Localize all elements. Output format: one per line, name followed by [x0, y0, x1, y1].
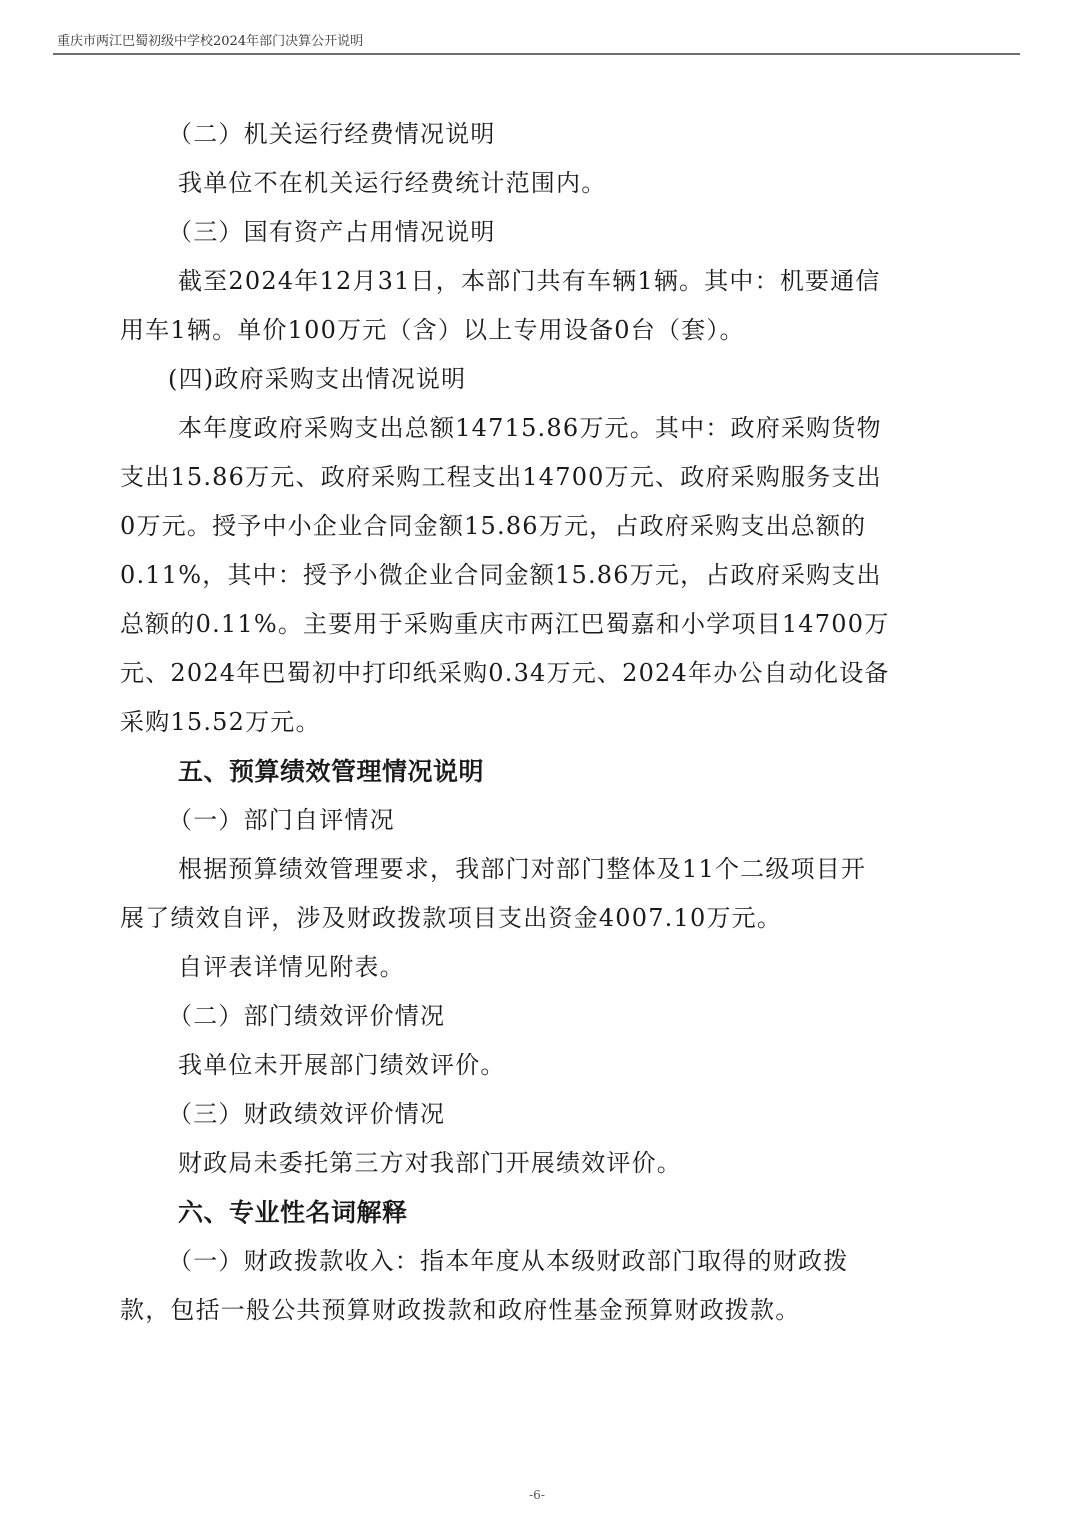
page-header-title: 重庆市两江巴蜀初级中学校2024年部门决算公开说明: [57, 30, 363, 49]
paragraph-line: 展了绩效自评，涉及财政拨款项目支出资金4007.10万元。: [120, 894, 960, 943]
section-heading-procurement: (四)政府采购支出情况说明: [120, 355, 960, 404]
paragraph-line: 本年度政府采购支出总额14715.86万元。其中：政府采购货物: [120, 404, 960, 453]
paragraph-line: 截至2024年12月31日，本部门共有车辆1辆。其中：机要通信: [120, 257, 960, 306]
paragraph-line: 根据预算绩效管理要求，我部门对部门整体及11个二级项目开: [120, 845, 960, 894]
paragraph-admin-expenses: 我单位不在机关运行经费统计范围内。: [120, 159, 960, 208]
paragraph-line: 0万元。授予中小企业合同金额15.86万元，占政府采购支出总额的: [120, 502, 960, 551]
paragraph-line: 0.11%，其中：授予小微企业合同金额15.86万元，占政府采购支出: [120, 551, 960, 600]
section-heading-admin-expenses: （二）机关运行经费情况说明: [120, 110, 960, 159]
chapter-heading-performance: 五、预算绩效管理情况说明: [120, 747, 960, 796]
paragraph-glossary-fiscal-income: （一）财政拨款收入：指本年度从本级财政部门取得的财政拨 款，包括一般公共预算财政…: [120, 1237, 960, 1335]
section-heading-finance-evaluation: （三）财政绩效评价情况: [120, 1090, 960, 1139]
paragraph-self-evaluation: 根据预算绩效管理要求，我部门对部门整体及11个二级项目开 展了绩效自评，涉及财政…: [120, 845, 960, 943]
page-number: -6-: [0, 1488, 1074, 1502]
section-heading-state-assets: （三）国有资产占用情况说明: [120, 208, 960, 257]
section-heading-department-evaluation: （二）部门绩效评价情况: [120, 992, 960, 1041]
paragraph-finance-evaluation: 财政局未委托第三方对我部门开展绩效评价。: [120, 1139, 960, 1188]
paragraph-department-evaluation: 我单位未开展部门绩效评价。: [120, 1041, 960, 1090]
paragraph-line: （一）财政拨款收入：指本年度从本级财政部门取得的财政拨: [120, 1237, 960, 1286]
paragraph-line: 采购15.52万元。: [120, 698, 960, 747]
section-heading-self-evaluation: （一）部门自评情况: [120, 796, 960, 845]
paragraph-line: 总额的0.11%。主要用于采购重庆市两江巴蜀嘉和小学项目14700万: [120, 600, 960, 649]
paragraph-line: 支出15.86万元、政府采购工程支出14700万元、政府采购服务支出: [120, 453, 960, 502]
paragraph-self-evaluation-note: 自评表详情见附表。: [120, 943, 960, 992]
paragraph-state-assets: 截至2024年12月31日，本部门共有车辆1辆。其中：机要通信 用车1辆。单价1…: [120, 257, 960, 355]
header-divider: [53, 53, 1020, 55]
paragraph-line: 元、2024年巴蜀初中打印纸采购0.34万元、2024年办公自动化设备: [120, 649, 960, 698]
paragraph-line: 款，包括一般公共预算财政拨款和政府性基金预算财政拨款。: [120, 1286, 960, 1335]
document-body: （二）机关运行经费情况说明 我单位不在机关运行经费统计范围内。 （三）国有资产占…: [120, 110, 960, 1335]
paragraph-procurement: 本年度政府采购支出总额14715.86万元。其中：政府采购货物 支出15.86万…: [120, 404, 960, 747]
chapter-heading-glossary: 六、专业性名词解释: [120, 1188, 960, 1237]
paragraph-line: 用车1辆。单价100万元（含）以上专用设备0台（套）。: [120, 306, 960, 355]
